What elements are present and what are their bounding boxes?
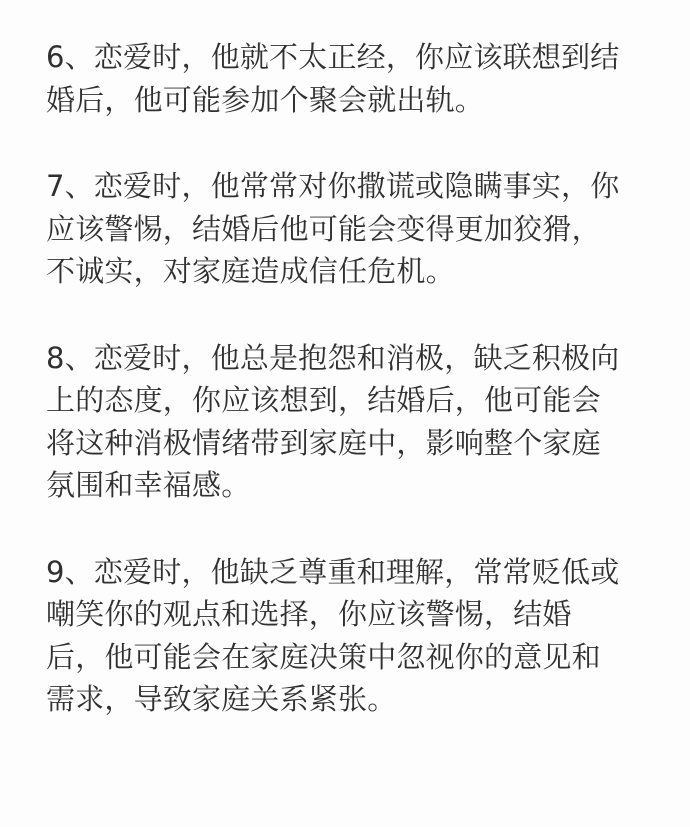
text-line: 氛围和幸福感。 [46,464,656,507]
text-line: 应该警惕，结婚后他可能会变得更加狡猾， [46,208,656,251]
text-line: 不诚实，对家庭造成信任危机。 [46,250,656,293]
text-line: 上的态度，你应该想到，结婚后，他可能会 [46,379,656,422]
text-line: 6、恋爱时，他就不太正经，你应该联想到结 [46,36,656,79]
paragraph-7: 7、恋爱时，他常常对你撒谎或隐瞒事实，你 应该警惕，结婚后他可能会变得更加狡猾，… [46,165,656,293]
paragraph-9: 9、恋爱时，他缺乏尊重和理解，常常贬低或 嘲笑你的观点和选择，你应该警惕，结婚 … [46,551,656,721]
text-line: 9、恋爱时，他缺乏尊重和理解，常常贬低或 [46,551,656,594]
text-line: 婚后，他可能参加个聚会就出轨。 [46,79,656,122]
paragraph-8: 8、恋爱时，他总是抱怨和消极，缺乏积极向 上的态度，你应该想到，结婚后，他可能会… [46,337,656,507]
text-line: 7、恋爱时，他常常对你撒谎或隐瞒事实，你 [46,165,656,208]
paragraph-6: 6、恋爱时，他就不太正经，你应该联想到结 婚后，他可能参加个聚会就出轨。 [46,36,656,121]
text-line: 需求，导致家庭关系紧张。 [46,678,656,721]
article-body: 6、恋爱时，他就不太正经，你应该联想到结 婚后，他可能参加个聚会就出轨。 7、恋… [46,36,656,765]
text-line: 后，他可能会在家庭决策中忽视你的意见和 [46,636,656,679]
text-line: 嘲笑你的观点和选择，你应该警惕，结婚 [46,593,656,636]
text-line: 将这种消极情绪带到家庭中，影响整个家庭 [46,422,656,465]
text-line: 8、恋爱时，他总是抱怨和消极，缺乏积极向 [46,337,656,380]
